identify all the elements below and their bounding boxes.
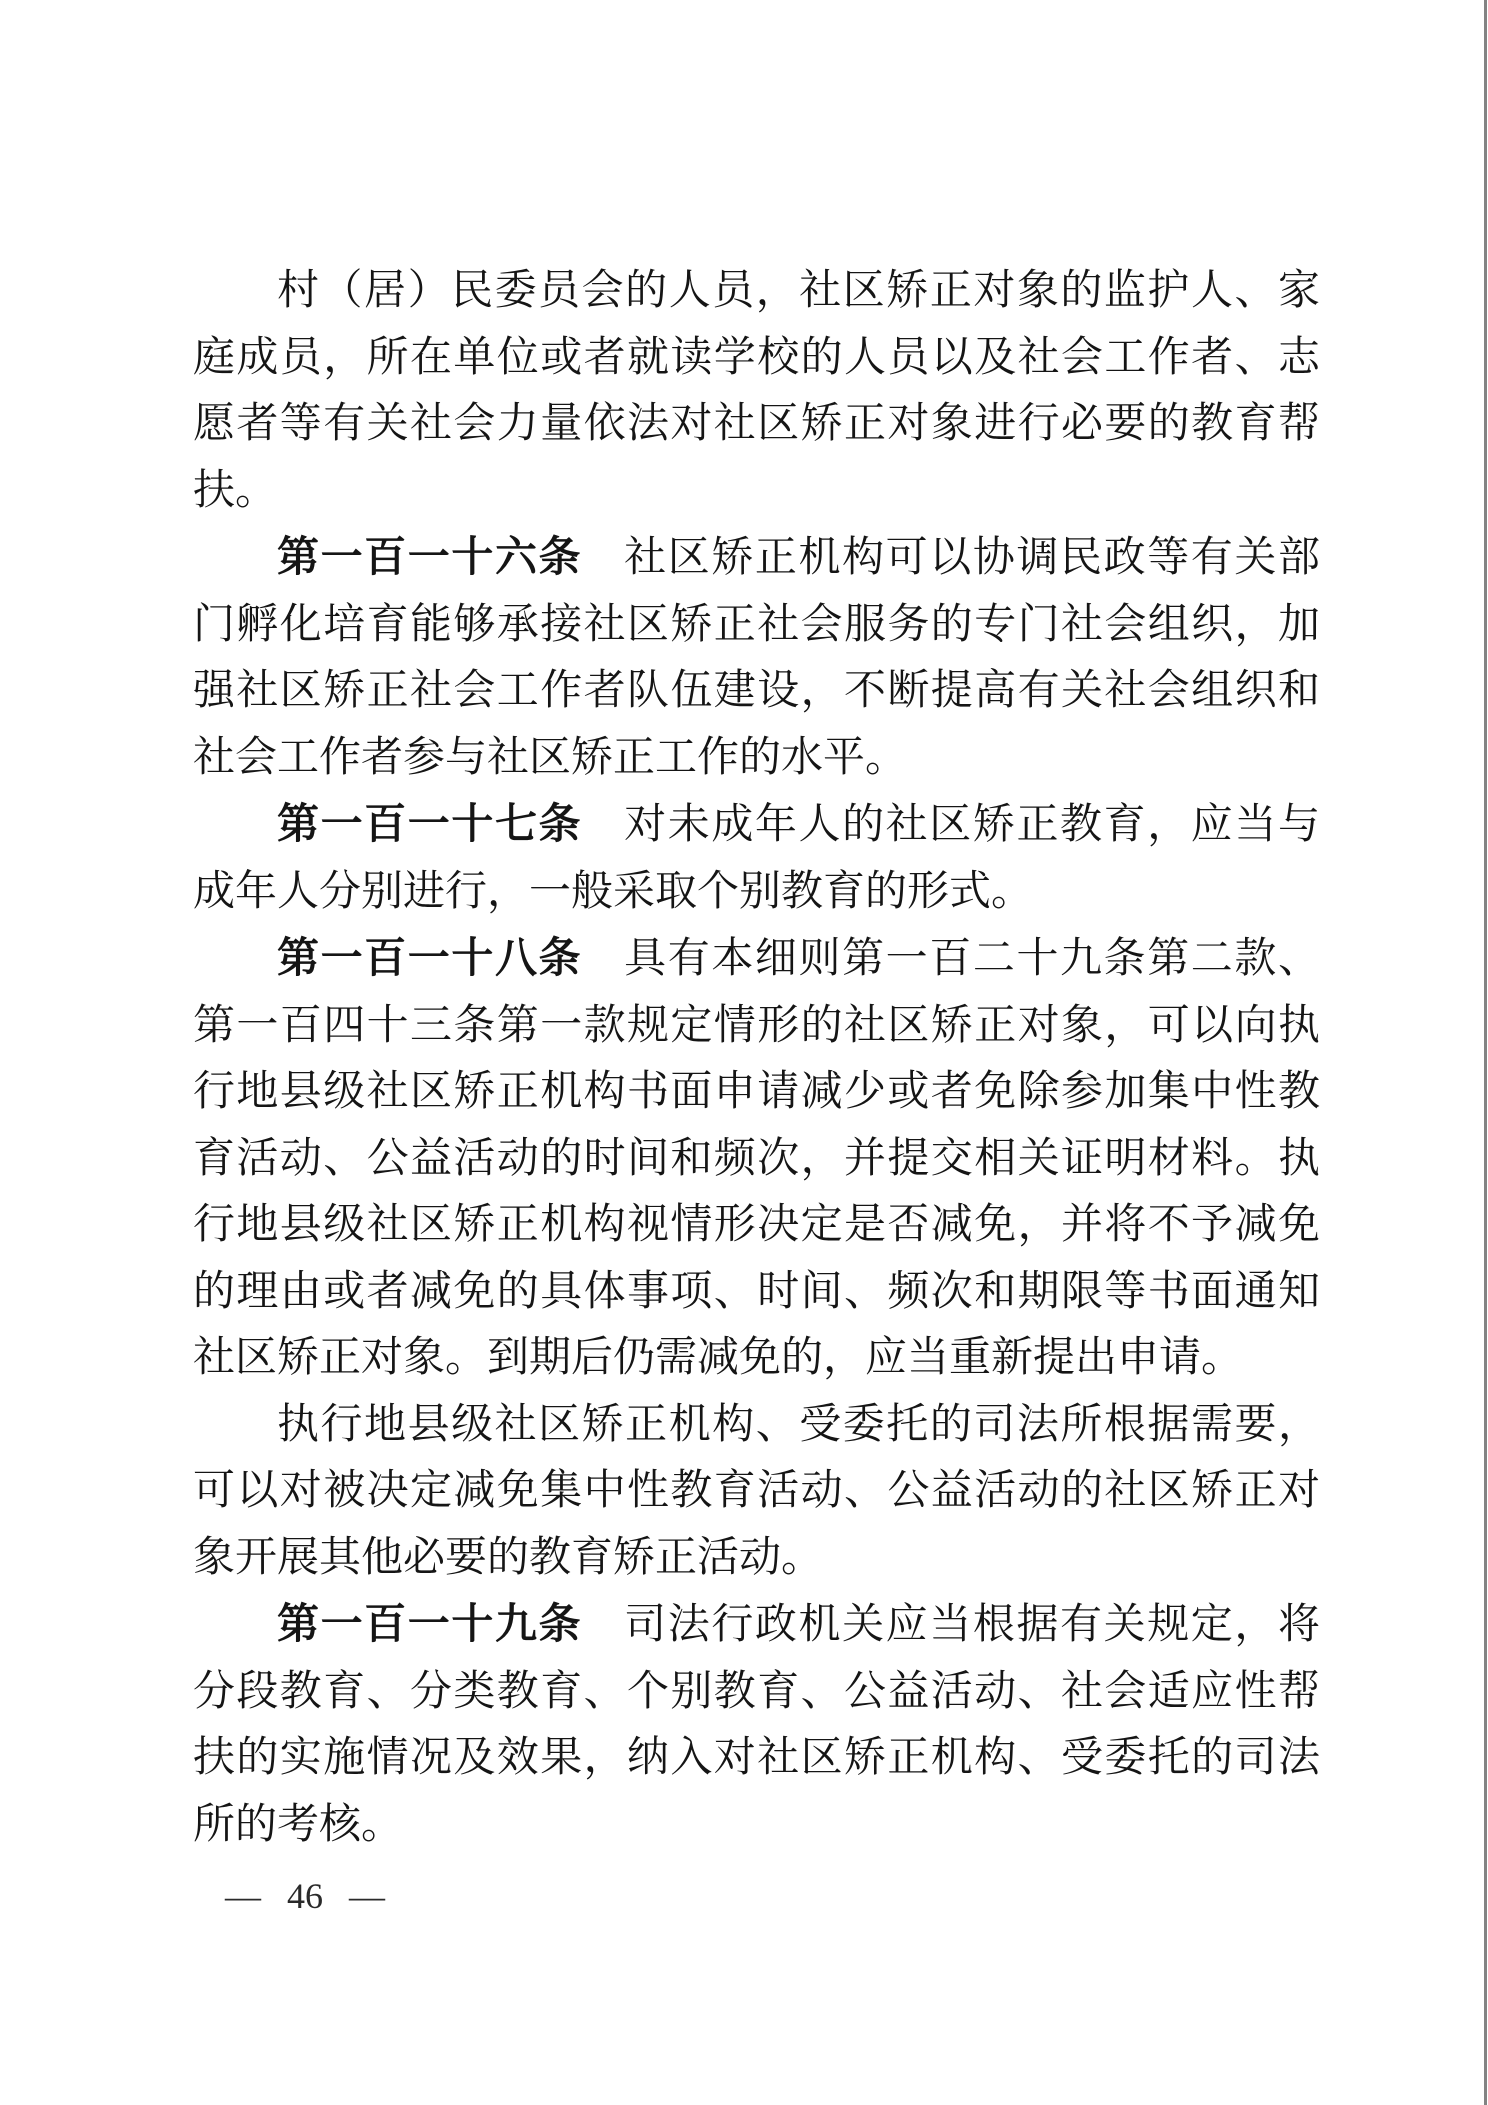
paragraph: 第一百一十七条对未成年人的社区矫正教育，应当与成年人分别进行，一般采取个别教育的… [193, 791, 1320, 925]
paragraph: 第一百一十六条社区矫正机构可以协调民政等有关部门孵化培育能够承接社区矫正社会服务… [193, 524, 1320, 791]
paragraph-text: 村（居）民委员会的人员，社区矫正对象的监护人、家庭成员，所在单位或者就读学校的人… [193, 268, 1320, 514]
page-number: 46 [287, 1876, 323, 1916]
page-footer: — 46 — [205, 1876, 405, 1916]
paragraph: 村（居）民委员会的人员，社区矫正对象的监护人、家庭成员，所在单位或者就读学校的人… [193, 258, 1320, 524]
footer-right-dash: — [349, 1876, 385, 1916]
paragraph-text: 执行地县级社区矫正机构、受委托的司法所根据需要，可以对被决定减免集中性教育活动、… [193, 1402, 1320, 1581]
article-number: 第一百一十七条 [277, 800, 582, 847]
paragraph: 执行地县级社区矫正机构、受委托的司法所根据需要，可以对被决定减免集中性教育活动、… [193, 1392, 1320, 1592]
article-number: 第一百一十九条 [277, 1600, 582, 1647]
article-number: 第一百一十八条 [277, 934, 582, 981]
document-page: 村（居）民委员会的人员，社区矫正对象的监护人、家庭成员，所在单位或者就读学校的人… [0, 0, 1488, 2105]
paragraph-text: 具有本细则第一百二十九条第二款、第一百四十三条第一款规定情形的社区矫正对象，可以… [193, 936, 1320, 1381]
page-edge-line [1484, 0, 1487, 2105]
article-number: 第一百一十六条 [277, 533, 582, 580]
document-body: 村（居）民委员会的人员，社区矫正对象的监护人、家庭成员，所在单位或者就读学校的人… [193, 258, 1320, 1858]
paragraph: 第一百一十九条司法行政机关应当根据有关规定，将分段教育、分类教育、个别教育、公益… [193, 1591, 1320, 1858]
paragraph: 第一百一十八条具有本细则第一百二十九条第二款、第一百四十三条第一款规定情形的社区… [193, 925, 1320, 1392]
footer-left-dash: — [225, 1876, 261, 1916]
